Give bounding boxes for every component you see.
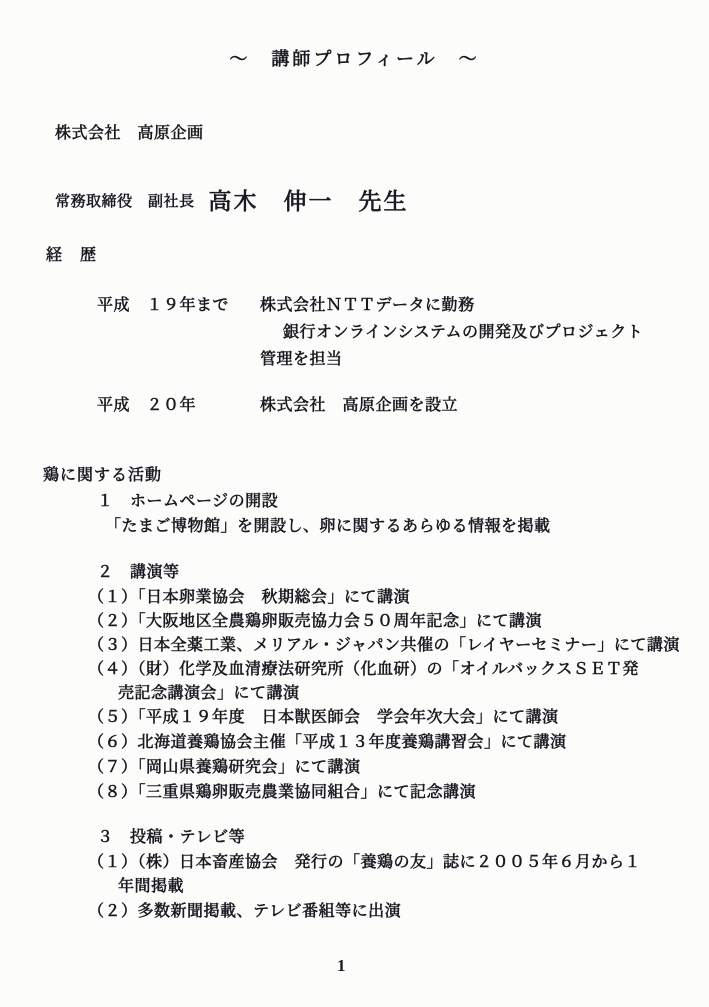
activities-heading: 鶏に関する活動 — [43, 468, 162, 484]
lecture-item-2: （２）「大阪地区全農鶏卵販売協力会５０周年記念」にて講演 — [88, 614, 542, 630]
career-entry-1-line1: 株式会社ＮＴＴデータに勤務 — [260, 298, 475, 314]
lecture-item-6: （６）北海道養鶏協会主催「平成１３年度養鶏講習会」にて講演 — [88, 735, 567, 751]
lecturer-position: 常務取締役 副社長 — [55, 193, 195, 210]
career-entry-1-line3: 管理を担当 — [260, 352, 343, 368]
activities-section1-detail: 「たまご博物館」を開設し、卵に関するあらゆる情報を掲載 — [105, 519, 551, 535]
career-heading: 経 歴 — [46, 248, 97, 264]
activities-section3-label: ３ 投稿・テレビ等 — [97, 830, 245, 846]
page-number: 1 — [337, 957, 346, 974]
company-name: 株式会社 高原企画 — [55, 126, 204, 142]
media-item-1-continuation: 年間掲載 — [118, 879, 184, 895]
lecturer-name: 高木 伸一 先生 — [209, 188, 409, 214]
lecture-item-7: （７）「岡山県養鶏研究会」にて講演 — [88, 760, 361, 776]
career-entry-1-period: 平成 １９年まで — [97, 298, 229, 314]
media-item-1: （１）（株）日本畜産協会 発行の「養鶏の友」誌に２００５年６月から１ — [88, 855, 641, 871]
lecture-item-4: （４）（財）化学及血清療法研究所（化血研）の「オイルバックスＳＥＴ発 — [88, 662, 639, 678]
lecture-item-8: （８）「三重県鶏卵販売農業協同組合」にて記念講演 — [88, 785, 476, 801]
career-entry-2-line1: 株式会社 高原企画を設立 — [260, 398, 458, 414]
document-page: ～ 講師プロフィール ～ 株式会社 高原企画 常務取締役 副社長高木 伸一 先生… — [0, 0, 709, 1007]
activities-section1-label: １ ホームページの開設 — [97, 494, 278, 510]
lecture-item-5: （５）「平成１９年度 日本獣医師会 学会年次大会」にて講演 — [88, 710, 559, 726]
lecturer-row: 常務取締役 副社長高木 伸一 先生 — [55, 190, 409, 213]
lecture-item-1: （１）「日本卵業協会 秋期総会」にて講演 — [88, 590, 410, 606]
career-entry-2-period: 平成 ２０年 — [97, 398, 196, 414]
lecture-item-4-continuation: 売記念講演会」にて講演 — [118, 686, 300, 702]
page-title: ～ 講師プロフィール ～ — [0, 50, 709, 68]
media-item-2: （２）多数新聞掲載、テレビ番組等に出演 — [88, 904, 401, 920]
career-entry-1-line2: 銀行オンラインシステムの開発及びプロジェクト — [283, 325, 643, 341]
activities-section2-label: ２ 講演等 — [97, 565, 180, 581]
lecture-item-3: （３）日本全薬工業、メリアル・ジャパン共催の「レイヤーセミナー」にて講演 — [88, 638, 680, 654]
